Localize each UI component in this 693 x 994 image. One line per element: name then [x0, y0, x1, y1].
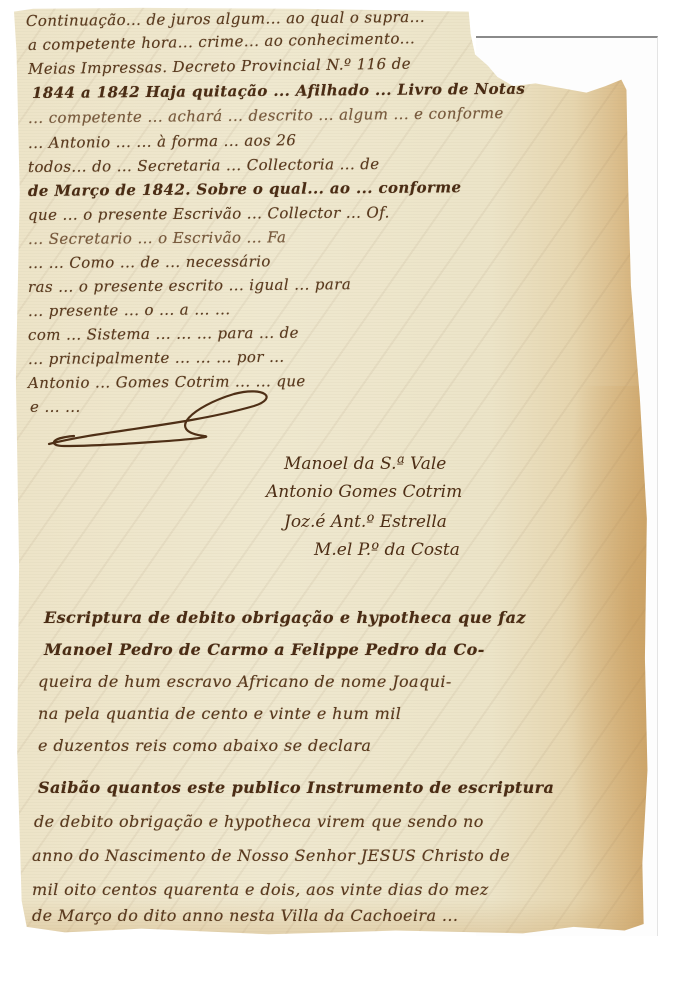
deed-heading-line: e duzentos reis como abaixo se declara [38, 736, 371, 755]
deed-heading-line: na pela quantia de cento e vinte e hum m… [38, 704, 401, 723]
signature-3: Joz.é Ant.º Estrella [284, 512, 447, 532]
signature-1: Manoel da S.ª Vale [284, 454, 446, 474]
signature-2: Antonio Gomes Cotrim [266, 482, 462, 502]
signature-4: M.el P.º da Costa [314, 540, 460, 560]
deed-body-line: mil oito centos quarenta e dois, aos vin… [32, 880, 489, 899]
manuscript-line: Antonio ... Gomes Cotrim ... ... que [28, 372, 306, 392]
manuscript-line: ... principalmente ... ... ... por ... [28, 348, 285, 368]
deed-heading-line: Escriptura de debito obrigação e hypothe… [44, 608, 526, 627]
manuscript-line: ras ... o presente escrito ... igual ...… [28, 275, 351, 296]
deed-body-line: de debito obrigação e hypotheca virem qu… [34, 812, 484, 831]
manuscript-line: ... presente ... o ... a ... ... [28, 300, 231, 320]
deed-heading-line: queira de hum escravo Africano de nome J… [38, 672, 452, 691]
manuscript-line: Meias Impressas. Decreto Provincial N.º … [28, 55, 411, 78]
manuscript-line: 1844 a 1842 Haja quitação ... Afilhado .… [32, 80, 525, 102]
manuscript-line: e ... ... [30, 398, 81, 416]
manuscript-line: todos... do ... Secretaria ... Collector… [28, 155, 380, 176]
manuscript-line: ... competente ... achará ... descrito .… [28, 104, 504, 127]
manuscript-line: com ... Sistema ... ... ... para ... de [28, 324, 299, 344]
deed-body-line: anno do Nascimento de Nosso Senhor JESUS… [32, 846, 510, 865]
manuscript-line: Continuação... de juros algum... ao qual… [26, 8, 425, 30]
manuscript-line: ... Secretario ... o Escrivão ... Fa [28, 228, 286, 248]
deed-body-line: Saibão quantos este publico Instrumento … [38, 778, 554, 797]
manuscript-page: Continuação... de juros algum... ao qual… [14, 6, 650, 938]
manuscript-line: que ... o presente Escrivão ... Collecto… [28, 203, 390, 224]
manuscript-line: ... ... Como ... de ... necessário [28, 252, 271, 272]
deed-heading-line: Manoel Pedro de Carmo a Felippe Pedro da… [44, 640, 485, 659]
manuscript-line: ... Antonio ... ... à forma ... aos 26 [28, 131, 296, 152]
flourish-icon [44, 386, 274, 456]
deed-body-line: de Março do dito anno nesta Villa da Cac… [32, 906, 458, 925]
manuscript-line: a competente hora... crime... ao conheci… [28, 29, 415, 54]
manuscript-line: de Março de 1842. Sobre o qual... ao ...… [28, 178, 462, 200]
